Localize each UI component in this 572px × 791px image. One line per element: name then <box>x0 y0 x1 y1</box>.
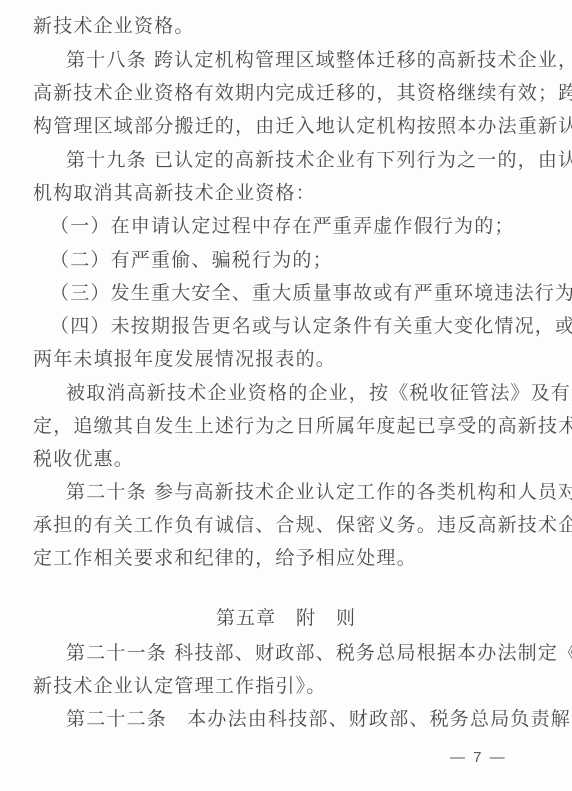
page-number: — 7 — <box>450 748 507 768</box>
article-19-line-2: 机构取消其高新技术企业资格： <box>33 181 316 205</box>
revocation-line-3: 税收优惠。 <box>33 447 134 471</box>
revocation-line-1: 被取消高新技术企业资格的企业，按《税收征管法》及有关规 <box>66 381 572 405</box>
text-line: 新技术企业资格。 <box>33 14 195 38</box>
article-20-line-2: 承担的有关工作负有诚信、合规、保密义务。违反高新技术企业认 <box>33 513 572 537</box>
article-18-line-3: 构管理区域部分搬迁的，由迁入地认定机构按照本办法重新认定。 <box>33 114 572 138</box>
article-18-line-2: 高新技术企业资格有效期内完成迁移的，其资格继续有效；跨认定机 <box>33 81 572 105</box>
article-21-line-1: 第二十一条 科技部、财政部、税务总局根据本办法制定《高 <box>66 641 572 665</box>
list-item-3: （三）发生重大安全、重大质量事故或有严重环境违法行为的； <box>50 281 572 305</box>
revocation-line-2: 定，追缴其自发生上述行为之日所属年度起已享受的高新技术企业 <box>33 414 572 438</box>
article-21-line-2: 新技术企业认定管理工作指引》。 <box>33 674 327 698</box>
list-item-4-line-1: （四）未按期报告更名或与认定条件有关重大变化情况，或累计 <box>50 314 572 338</box>
list-item-2: （二）有严重偷、骗税行为的； <box>50 248 333 272</box>
chapter-title: 第五章 附 则 <box>0 606 572 630</box>
list-item-1: （一）在申请认定过程中存在严重弄虚作假行为的； <box>50 214 515 238</box>
article-19-line-1: 第十九条 已认定的高新技术企业有下列行为之一的，由认定 <box>66 148 572 172</box>
article-18-line-1: 第十八条 跨认定机构管理区域整体迁移的高新技术企业，在其 <box>66 48 572 72</box>
list-item-4-line-2: 两年未填报年度发展情况报表的。 <box>33 347 336 371</box>
document-page: 新技术企业资格。 第十八条 跨认定机构管理区域整体迁移的高新技术企业，在其 高新… <box>0 0 572 791</box>
article-20-line-3: 定工作相关要求和纪律的，给予相应处理。 <box>33 546 417 570</box>
article-22-line-1: 第二十二条 本办法由科技部、财政部、税务总局负责解释。 <box>66 707 572 731</box>
article-20-line-1: 第二十条 参与高新技术企业认定工作的各类机构和人员对所 <box>66 480 572 504</box>
